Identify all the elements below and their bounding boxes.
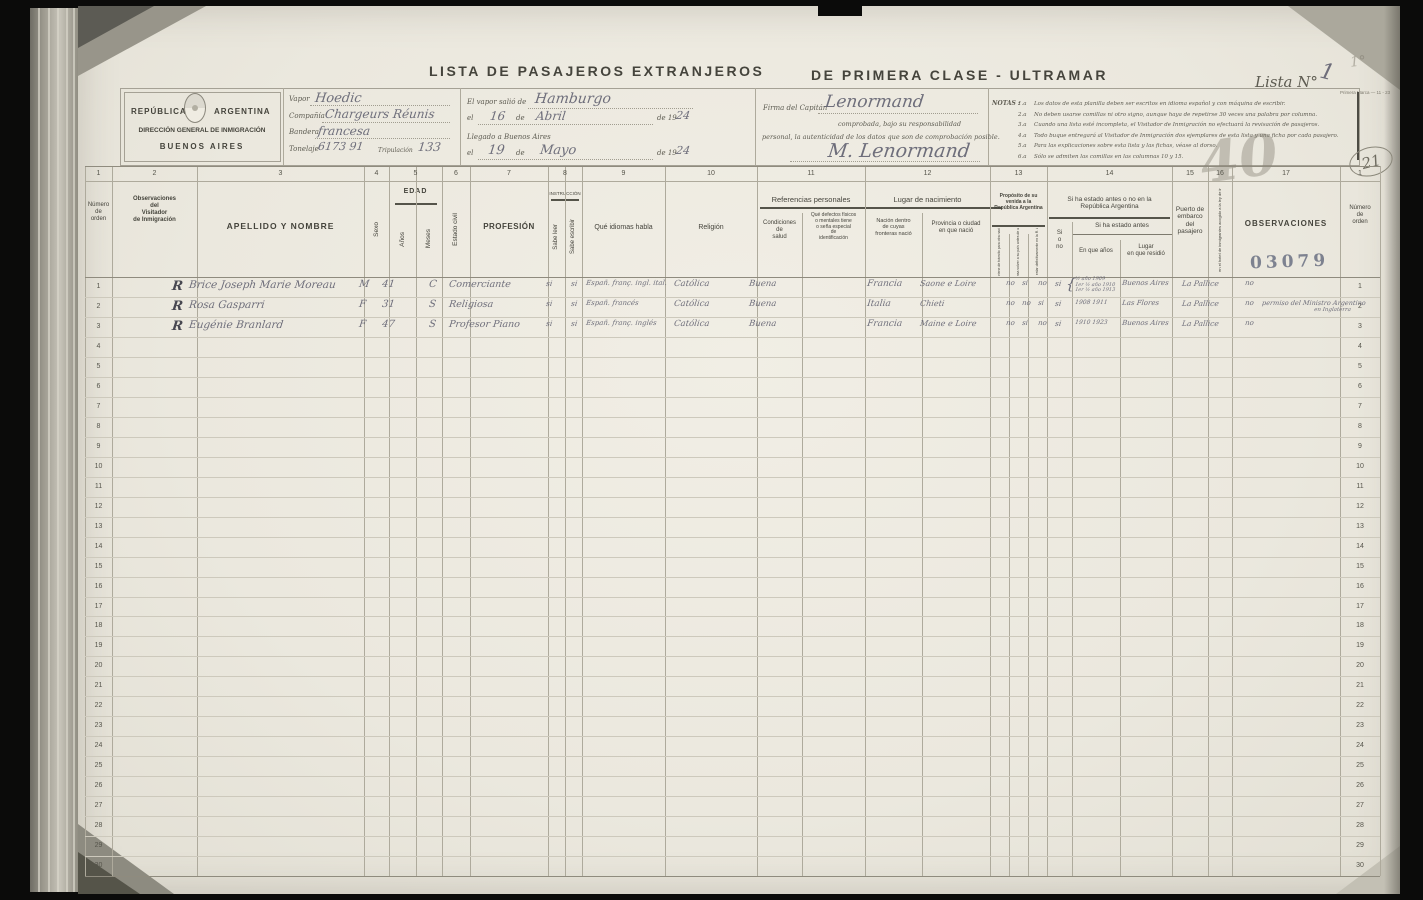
nota-text: Sólo se admiten las comillas en las colu… <box>1034 154 1183 160</box>
page-title-right: DE PRIMERA CLASE - ULTRAMAR <box>811 67 1108 83</box>
col-header-nacion: Nación dentro de cuyas fronteras nació <box>865 218 922 237</box>
grid-line <box>665 166 666 876</box>
row-number-right: 3 <box>1340 323 1380 330</box>
row-number-left: 6 <box>85 383 112 390</box>
salio-label: El vapor salió de <box>467 99 526 107</box>
row-number-left: 15 <box>85 563 112 570</box>
grid-line <box>85 537 1380 538</box>
column-number: 1 <box>1340 170 1380 177</box>
row-number-left: 26 <box>85 782 112 789</box>
grid-line <box>85 796 1380 797</box>
grid-line <box>85 756 1380 757</box>
grid-line <box>85 417 1380 418</box>
grid-line <box>85 736 1380 737</box>
row-number-right: 16 <box>1340 583 1380 590</box>
row-number-left: 21 <box>85 682 112 689</box>
row-number-left: 25 <box>85 762 112 769</box>
notas-label: NOTAS : <box>992 101 1020 108</box>
hw-salud: Buena <box>748 320 776 329</box>
grid-line <box>85 297 1380 298</box>
compania-value: Chargeurs Réunis <box>324 108 435 120</box>
row-number-left: 1 <box>85 283 112 290</box>
hw-religion: Católica <box>673 300 709 309</box>
column-number: 9 <box>582 170 665 177</box>
grid-line <box>416 166 417 876</box>
nota-number: 6.a <box>1018 154 1027 160</box>
hw-p3: no <box>1038 280 1048 287</box>
grid-line <box>85 337 1380 338</box>
row-number-left: 4 <box>85 343 112 350</box>
grid-line <box>85 397 1380 398</box>
grid-line <box>85 856 1380 857</box>
col-header-proposito: Propósito de su venida a la República Ar… <box>990 194 1047 211</box>
hw-nacion: Italia <box>866 300 891 309</box>
grid-line <box>442 166 443 876</box>
salio-de: de <box>516 115 525 123</box>
hw-puerto: La Pallice <box>1182 280 1220 288</box>
grid-line <box>85 457 1380 458</box>
row-number-left: 17 <box>85 603 112 610</box>
col-header-proposito-transito: Si viene de tránsito para otra nación <box>990 228 1009 276</box>
row-number-right: 26 <box>1340 782 1380 789</box>
hw-sino: si <box>1055 300 1062 308</box>
col-header-num-orden: Número de orden <box>85 202 112 223</box>
hw-lee: si <box>546 300 553 308</box>
grid-line <box>85 357 1380 358</box>
tonelaje-label: Tonelaje <box>289 146 319 154</box>
col-header-defectos: Qué defectos físicos o mentales tiene o … <box>802 213 865 242</box>
grid-line <box>85 317 1380 318</box>
hw-idiomas: Españ. franç. inglés <box>586 320 657 327</box>
hw-estado: S <box>428 300 436 310</box>
row-number-left: 12 <box>85 503 112 510</box>
hw-idiomas: Españ. franç. ingl. ital. <box>586 280 668 287</box>
col-header-estado-antes: Si ha estado antes o no en la República … <box>1047 196 1172 211</box>
grid-line <box>1208 166 1209 876</box>
grid-line <box>582 166 583 876</box>
col-header-idiomas: Qué idiomas habla <box>582 224 665 232</box>
grid-line <box>85 876 1380 877</box>
hw-mark: R <box>171 320 183 333</box>
hw-puerto: La Pallice <box>1182 320 1220 328</box>
row-number-right: 25 <box>1340 762 1380 769</box>
hw-mark: R <box>171 280 183 293</box>
row-number-left: 5 <box>85 363 112 370</box>
salio-ano: 24 <box>675 110 690 121</box>
hw-residio: Las Flores <box>1122 300 1160 307</box>
book-page-stack-edge <box>30 8 80 892</box>
row-number-left: 23 <box>85 722 112 729</box>
column-number: 4 <box>364 170 389 177</box>
col-header-lugar-residio: Lugar en que residió <box>1120 244 1172 258</box>
row-number-right: 30 <box>1340 862 1380 869</box>
grid-line <box>85 776 1380 777</box>
lleg-dia: 19 <box>487 144 505 157</box>
row-number-left: 9 <box>85 443 112 450</box>
row-number-right: 7 <box>1340 403 1380 410</box>
row-number-left: 11 <box>85 483 112 490</box>
col-header-sexo: Sexo <box>364 188 389 270</box>
col-header-sabe-escribir: Sabe escribir <box>565 203 582 271</box>
col-header-lugar-nacimiento: Lugar de nacimiento <box>865 196 990 205</box>
grid-line <box>548 166 549 876</box>
hw-puerto: La Pallice <box>1182 300 1220 308</box>
row-number-right: 1 <box>1340 283 1380 290</box>
grid-line <box>85 676 1380 677</box>
hw-religion: Católica <box>673 280 709 289</box>
column-number: 16 <box>1208 170 1232 177</box>
hw-sexo: F <box>358 320 366 330</box>
row-number-left: 19 <box>85 642 112 649</box>
nota-number: 5.a <box>1018 143 1027 149</box>
column-number: 13 <box>990 170 1047 177</box>
hw-obs: permiso del Ministro Argentino <box>1262 300 1366 307</box>
hw-sexo: F <box>358 300 366 310</box>
lleg-de19: de 19 <box>657 150 677 158</box>
grid-line <box>85 497 1380 498</box>
hw-escribe: si <box>571 300 578 308</box>
row-number-right: 17 <box>1340 603 1380 610</box>
row-number-right: 11 <box>1340 483 1380 490</box>
row-number-left: 18 <box>85 622 112 629</box>
grid-line <box>85 166 1380 167</box>
hw-lee: si <box>546 320 553 328</box>
column-number: 12 <box>865 170 990 177</box>
col-header-obs-visitador: Observaciones del Visitador de Inmigraci… <box>112 196 197 224</box>
nota-number: 3.a <box>1018 122 1027 128</box>
salio-de19: de 19 <box>657 115 677 123</box>
grid-line <box>1380 166 1381 876</box>
col-header-apellido-nombre: APELLIDO Y NOMBRE <box>197 222 364 232</box>
grid-line <box>85 616 1380 617</box>
col-header-puerto: Puerto de embarco del pasajero <box>1172 206 1208 236</box>
lleg-ano: 24 <box>675 145 690 156</box>
nota-text: No deben usarse comillas ni otro signo, … <box>1034 112 1317 118</box>
captain-signature: Lenormand <box>824 94 925 111</box>
grid-line <box>85 277 1380 278</box>
org-argentina: ARGENTINA <box>214 107 271 116</box>
column-number: 2 <box>112 170 197 177</box>
hw-profesion: Comerciante <box>448 280 511 290</box>
hw-hotel: no <box>1245 280 1255 287</box>
col-header-meses: Meses <box>416 208 442 270</box>
grid-line <box>1047 166 1048 876</box>
row-number-right: 18 <box>1340 622 1380 629</box>
page-title-left: LISTA DE PASAJEROS EXTRANJEROS <box>429 63 764 79</box>
col-header-profesion: PROFESIÓN <box>470 222 548 231</box>
column-number: 11 <box>757 170 865 177</box>
column-number: 8 <box>548 170 582 177</box>
col-header-anos: Años <box>389 208 416 270</box>
grid-line <box>85 696 1380 697</box>
grid-line <box>990 166 991 876</box>
hw-nombre: Rosa Gasparri <box>188 300 265 311</box>
grid-line <box>865 166 866 876</box>
grid-line <box>1028 234 1029 876</box>
hw-sino: si <box>1055 320 1062 328</box>
grid-line <box>85 577 1380 578</box>
hw-residio: Buenos Aires <box>1122 320 1170 327</box>
tripulacion-label: Tripulación <box>378 148 413 155</box>
salio-dia: 16 <box>489 110 506 122</box>
column-number: 15 <box>1172 170 1208 177</box>
row-number-left: 24 <box>85 742 112 749</box>
hw-p1: no <box>1006 280 1016 287</box>
grid-line <box>1120 240 1121 876</box>
stamp-number: 03079 <box>1250 251 1330 274</box>
row-number-right: 21 <box>1340 682 1380 689</box>
row-number-right: 14 <box>1340 543 1380 550</box>
hw-provincia: Saone e Loire <box>920 280 977 288</box>
row-number-right: 4 <box>1340 343 1380 350</box>
compania-label: Compañía <box>289 113 325 121</box>
col-header-proposito-volver: Si piensa volver a su país antes de un a… <box>1009 228 1028 276</box>
bandera-value: francesa <box>317 125 371 137</box>
captain-line1: comprobada, bajo su responsabilidad <box>838 121 961 128</box>
row-number-right: 24 <box>1340 742 1380 749</box>
column-number: 1 <box>85 170 112 177</box>
row-number-left: 30 <box>85 862 112 869</box>
hw-p3: no <box>1038 320 1048 327</box>
hw-p2: si <box>1022 320 1029 327</box>
grid-line <box>112 166 113 876</box>
hw-escribe: si <box>571 320 578 328</box>
col-header-en-que-anos: En que años <box>1072 248 1120 255</box>
salio-el: el <box>467 115 473 123</box>
column-number: 7 <box>470 170 548 177</box>
salio-mes: Abril <box>535 110 566 122</box>
nota-text: Cuando una lista esté incompleta, el Vis… <box>1034 122 1319 128</box>
nota-number: 2.a <box>1018 112 1027 118</box>
row-number-left: 29 <box>85 842 112 849</box>
grid-line <box>1072 222 1073 876</box>
col-header-religion: Religión <box>665 224 757 232</box>
grid-line <box>470 166 471 876</box>
nota-text: Para las explicaciones sobre esta lista … <box>1034 143 1217 149</box>
hw-escribe: si <box>571 280 578 288</box>
row-number-right: 19 <box>1340 642 1380 649</box>
hw-estado: C <box>428 280 437 290</box>
column-number: 14 <box>1047 170 1172 177</box>
scanned-document-stage: LISTA DE PASAJEROS EXTRANJEROS DE PRIMER… <box>0 0 1423 900</box>
grid-line <box>85 517 1380 518</box>
hw-p2: si <box>1022 280 1029 287</box>
hw-nombre: Brice Joseph Marie Moreau <box>188 280 336 291</box>
grid-line <box>389 166 390 876</box>
column-number: 17 <box>1232 170 1340 177</box>
hw-lee: si <box>546 280 553 288</box>
hw-salud: Buena <box>748 280 776 289</box>
col-header-sabe-leer: Sabe leer <box>548 203 565 271</box>
row-number-left: 7 <box>85 403 112 410</box>
col-header-ha-estado-antes: Si ha estado antes <box>1072 222 1172 229</box>
grid-line <box>1009 234 1010 876</box>
hw-sino: si <box>1055 280 1062 288</box>
hw-estado: S <box>428 320 436 330</box>
hw-salud: Buena <box>748 300 776 309</box>
row-number-right: 29 <box>1340 842 1380 849</box>
hw-provincia: Chieti <box>920 300 945 308</box>
hw-religion: Católica <box>673 320 709 329</box>
row-number-left: 2 <box>85 303 112 310</box>
grid-line <box>85 816 1380 817</box>
hw-p1: no <box>1006 300 1016 307</box>
row-number-right: 27 <box>1340 802 1380 809</box>
lleg-el: el <box>467 150 473 158</box>
hw-profesion: Religiosa <box>448 300 493 310</box>
row-number-right: 9 <box>1340 443 1380 450</box>
col-header-referencias: Referencias personales <box>757 196 865 205</box>
col-header-observaciones: OBSERVACIONES <box>1232 219 1340 228</box>
hw-hotel: no <box>1245 320 1255 327</box>
row-number-left: 13 <box>85 523 112 530</box>
hw-idiomas: Españ. francés <box>586 300 639 307</box>
grid-line <box>757 166 758 876</box>
hw-nombre: Eugénie Branlard <box>188 320 283 331</box>
vapor-label: Vapor <box>289 96 310 104</box>
grid-line <box>1340 166 1341 876</box>
col-header-provincia: Provincia o ciudad en que nació <box>922 221 990 235</box>
column-number: 3 <box>197 170 364 177</box>
hw-mark: R <box>171 300 183 313</box>
lista-no-annex: 1° <box>1349 53 1367 71</box>
grid-line <box>85 636 1380 637</box>
grid-line <box>85 557 1380 558</box>
row-number-right: 5 <box>1340 363 1380 370</box>
hw-residio: Buenos Aires <box>1122 280 1170 287</box>
col-header-num-orden-right: Número de orden <box>1340 205 1380 226</box>
hw-hotel: no <box>1245 300 1255 307</box>
captain-signature-2: M. Lenormand <box>827 142 971 161</box>
col-header-si-o-no: Si o no <box>1047 230 1072 251</box>
scanner-notch <box>818 0 862 16</box>
grid-line <box>85 166 86 876</box>
row-number-right: 20 <box>1340 662 1380 669</box>
row-number-right: 28 <box>1340 822 1380 829</box>
row-number-left: 20 <box>85 662 112 669</box>
row-number-right: 13 <box>1340 523 1380 530</box>
hw-anos_antes: 1er ½ año 1913 <box>1075 288 1116 293</box>
row-number-left: 3 <box>85 323 112 330</box>
column-number: 6 <box>442 170 470 177</box>
row-number-right: 15 <box>1340 563 1380 570</box>
page-edge-right-shadow <box>1384 6 1400 894</box>
row-number-right: 22 <box>1340 702 1380 709</box>
hw-nacion: Francia <box>866 280 902 289</box>
hw-anos: 47 <box>381 320 395 330</box>
argentina-coat-of-arms-icon <box>184 93 206 123</box>
grid-line <box>1172 166 1173 876</box>
tonelaje-value: 6173 91 <box>317 141 364 152</box>
grid-line <box>1232 166 1233 876</box>
hw-sexo: M <box>358 280 369 290</box>
bandera-label: Bandera <box>289 129 319 137</box>
grid-line <box>85 716 1380 717</box>
hw-provincia: Maine e Loire <box>920 320 977 328</box>
nota-number: 1.a <box>1018 101 1027 107</box>
grid-line <box>85 597 1380 598</box>
tripulacion-value: 133 <box>417 141 441 153</box>
col-header-cond-salud: Condiciones de salud <box>757 220 802 241</box>
row-number-right: 12 <box>1340 503 1380 510</box>
row-number-left: 16 <box>85 583 112 590</box>
org-direccion: DIRECCIÓN GENERAL DE INMIGRACIÓN <box>126 127 278 134</box>
hw-p1: no <box>1006 320 1016 327</box>
row-number-right: 23 <box>1340 722 1380 729</box>
row-number-left: 8 <box>85 423 112 430</box>
row-number-left: 14 <box>85 543 112 550</box>
hw-anos: 41 <box>381 280 395 290</box>
grid-line <box>364 166 365 876</box>
grid-line <box>85 477 1380 478</box>
llegado-label: Llegado a Buenos Aires <box>467 134 551 142</box>
col-header-hotel-inmigrantes: Si entrará en el hotel de inmigrantes ac… <box>1208 188 1232 272</box>
col-header-proposito-quedarse: Si piensa estar definitivamente en la R.… <box>1028 228 1047 276</box>
hw-nacion: Francia <box>866 320 902 329</box>
nota-text: Los datos de esta planilla deben ser esc… <box>1034 101 1286 107</box>
org-republica: REPÚBLICA <box>131 107 187 116</box>
hw-p3: si <box>1038 300 1045 307</box>
hw-obs2: en Inglaterra <box>1314 308 1352 314</box>
row-number-left: 28 <box>85 822 112 829</box>
lleg-mes: Mayo <box>539 144 577 157</box>
row-number-right: 6 <box>1340 383 1380 390</box>
hw-anos: 31 <box>381 300 395 310</box>
hw-anos_antes: 1908 1911 <box>1075 300 1108 306</box>
grid-line <box>85 377 1380 378</box>
grid-line <box>85 836 1380 837</box>
lleg-de: de <box>516 150 525 158</box>
column-number: 10 <box>665 170 757 177</box>
nota-number: 4.a <box>1018 133 1027 139</box>
grid-line <box>85 437 1380 438</box>
row-number-right: 8 <box>1340 423 1380 430</box>
notas-list: 1.aLos datos de esta planilla deben ser … <box>1018 101 1363 165</box>
salio-puerto: Hamburgo <box>534 92 612 106</box>
grid-line <box>85 656 1380 657</box>
col-header-estado-civil: Estado civil <box>442 188 470 270</box>
hw-profesion: Profesor Piano <box>448 320 520 330</box>
grid-line <box>565 166 566 876</box>
column-number: 5 <box>389 170 442 177</box>
org-ciudad: BUENOS AIRES <box>126 142 278 151</box>
row-number-left: 10 <box>85 463 112 470</box>
grid-line <box>85 181 1380 182</box>
grid-line <box>197 166 198 876</box>
row-number-left: 27 <box>85 802 112 809</box>
nota-text: Todo buque entregará al Visitador de Inm… <box>1034 133 1339 139</box>
hw-p2: no <box>1022 300 1032 307</box>
row-number-left: 22 <box>85 702 112 709</box>
hw-anos_antes: 1910 1923 <box>1075 320 1108 326</box>
row-number-right: 10 <box>1340 463 1380 470</box>
